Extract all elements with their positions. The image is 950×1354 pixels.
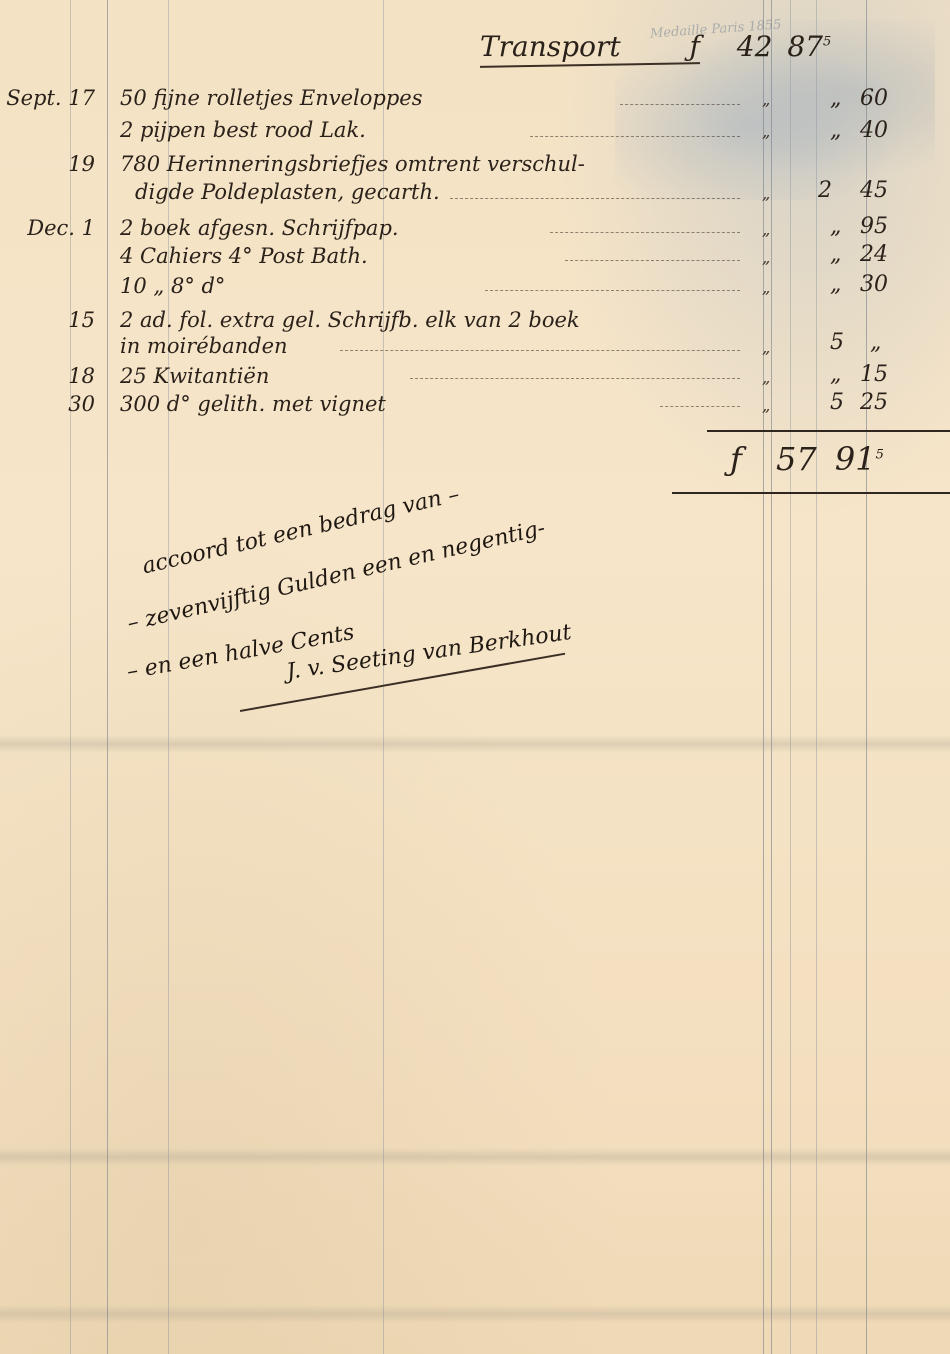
entry-description: 2 boek afgesn. Schrijfpap.	[120, 216, 399, 240]
entry-description: 2 pijpen best rood Lak.	[120, 118, 366, 142]
fold-crease	[0, 1305, 950, 1323]
ruled-line	[763, 0, 764, 1354]
entry-guilders: „	[830, 86, 841, 111]
transport-half: 5	[823, 35, 831, 50]
entry-description: 50 fijne rolletjes Enveloppes	[120, 86, 423, 110]
entry-col1: „	[762, 90, 770, 109]
entry-description: 780 Herinneringsbriefjes omtrent verschu…	[120, 152, 585, 176]
fold-crease	[0, 1148, 950, 1166]
entry-guilders: 2	[818, 178, 832, 203]
currency-symbol: ƒ	[689, 30, 699, 63]
leader-dashes	[485, 290, 740, 292]
ruled-line	[70, 0, 71, 1354]
entry-guilders: „	[830, 272, 841, 297]
entry-cents: 30	[860, 272, 888, 297]
leader-dashes	[620, 104, 740, 106]
entry-description: 300 d° gelith. met vignet	[120, 392, 386, 416]
entry-date: 30	[0, 392, 95, 416]
leader-dashes	[450, 198, 740, 200]
entry-col1: „	[762, 248, 770, 267]
entry-cents: 45	[860, 178, 888, 203]
fold-crease	[0, 735, 950, 753]
leader-dashes	[565, 260, 740, 262]
ruled-line	[107, 0, 108, 1354]
entry-col1: „	[762, 122, 770, 141]
entry-guilders: 5	[830, 330, 844, 355]
entry-guilders: „	[830, 362, 841, 387]
ruled-line	[866, 0, 867, 1354]
total-cents: 91	[835, 440, 876, 478]
ruled-line	[790, 0, 791, 1354]
leader-dashes	[410, 378, 740, 380]
entry-description: digde Poldeplasten, gecarth.	[135, 180, 440, 204]
entry-cents: 40	[860, 118, 888, 143]
entry-col1: „	[762, 338, 770, 357]
entry-col1: „	[762, 184, 770, 203]
entry-guilders: „	[830, 242, 841, 267]
entry-col1: „	[762, 278, 770, 297]
leader-dashes	[530, 136, 740, 138]
entry-col1: „	[762, 220, 770, 239]
entry-cents: 15	[860, 362, 888, 387]
transport-cents: 87	[787, 30, 823, 63]
leader-dashes	[550, 232, 740, 234]
transport-line: Transport ƒ 42 875	[480, 30, 831, 63]
entry-date: Dec. 1	[0, 216, 95, 240]
total-top-rule	[707, 430, 950, 432]
ruled-line	[816, 0, 817, 1354]
entry-description: 4 Cahiers 4° Post Bath.	[120, 244, 368, 268]
total-half: 5	[876, 447, 884, 462]
entry-cents: 24	[860, 242, 888, 267]
entry-description: 25 Kwitantiën	[120, 364, 269, 388]
leader-dashes	[660, 406, 740, 408]
leader-dashes	[340, 350, 740, 352]
entry-cents: 25	[860, 390, 888, 415]
entry-cents: 95	[860, 214, 888, 239]
entry-description: 2 ad. fol. extra gel. Schrijfb. elk van …	[120, 308, 580, 332]
entry-date: 18	[0, 364, 95, 388]
entry-description: in moirébanden	[120, 334, 288, 358]
entry-guilders: „	[830, 118, 841, 143]
entry-cents: „	[870, 330, 881, 355]
entry-description: 10 „ 8° d°	[120, 274, 225, 298]
currency-symbol: ƒ	[730, 440, 742, 478]
transport-guilders: 42	[737, 30, 773, 63]
entry-guilders: 5	[830, 390, 844, 415]
entry-col1: „	[762, 368, 770, 387]
entry-guilders: „	[830, 214, 841, 239]
entry-cents: 60	[860, 86, 888, 111]
entry-date: 15	[0, 308, 95, 332]
entry-date: 19	[0, 152, 95, 176]
total-guilders: 57	[776, 440, 817, 478]
ruled-line	[771, 0, 772, 1354]
total-amount: ƒ 57 915	[730, 440, 884, 478]
total-bottom-rule	[672, 492, 950, 494]
entry-date: Sept. 17	[0, 86, 95, 110]
transport-label: Transport	[480, 30, 621, 63]
entry-col1: „	[762, 396, 770, 415]
